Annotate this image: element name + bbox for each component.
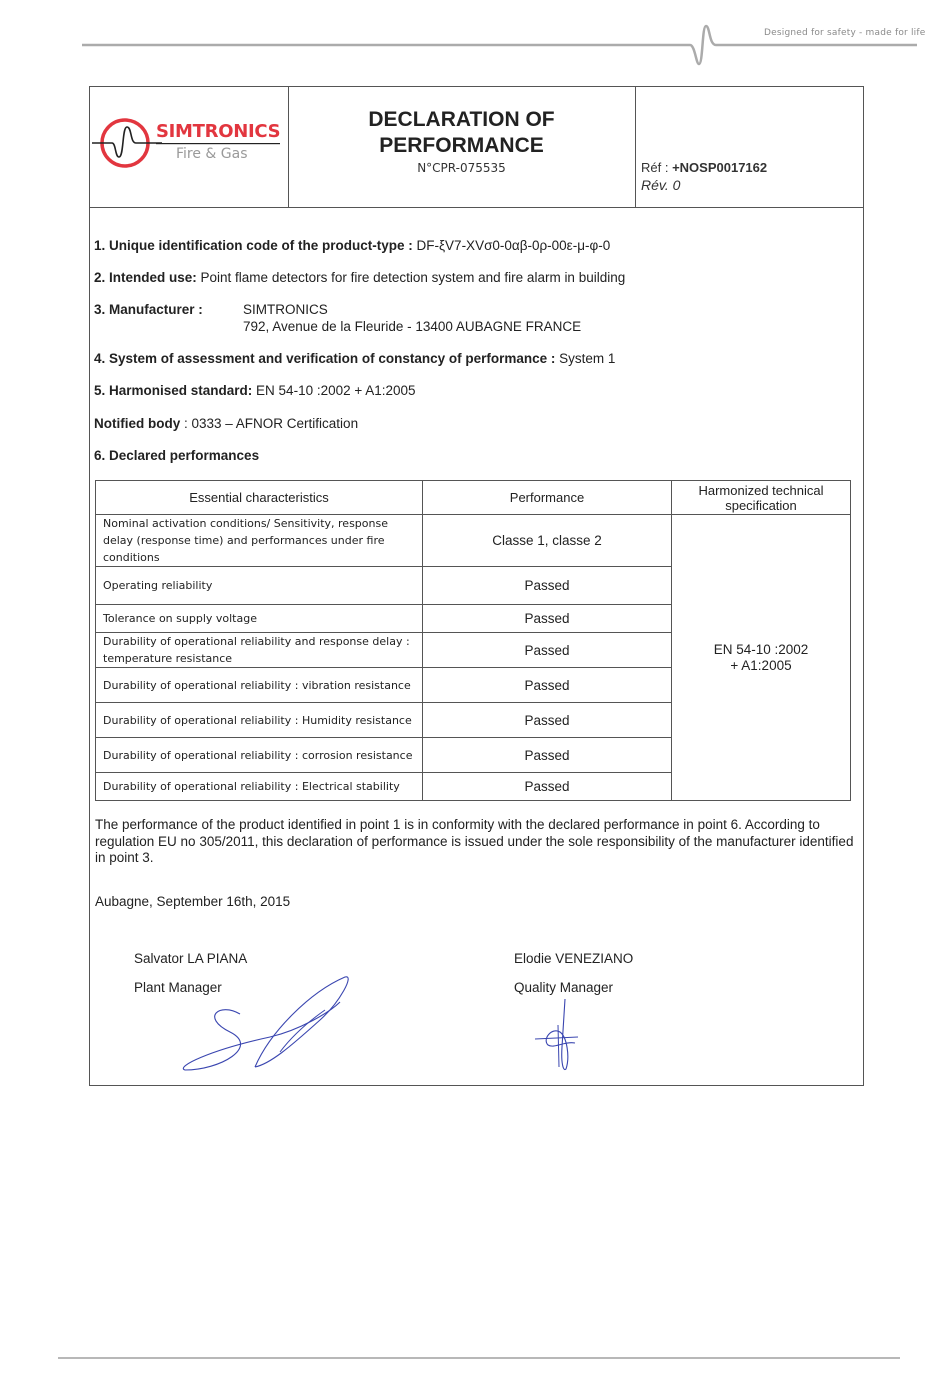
specification-cell: EN 54-10 :2002+ A1:2005 (672, 515, 851, 801)
section-5: 5. Harmonised standard: EN 54-10 :2002 +… (94, 383, 416, 398)
section-4-value: System 1 (559, 351, 615, 366)
ref-label: Réf : (641, 160, 672, 175)
performance-cell: Passed (423, 605, 672, 633)
manufacturer-name: SIMTRONICS (243, 302, 328, 317)
declaration-frame: SIMTRONICS Fire & Gas DECLARATION OF PER… (89, 86, 864, 1086)
circle-waveform-logo-icon (92, 115, 162, 175)
signature-2-icon (530, 997, 590, 1077)
conformity-statement: The performance of the product identifie… (95, 817, 855, 867)
signature-1-icon (180, 972, 355, 1077)
spec-line-2: + A1:2005 (679, 658, 843, 674)
characteristic-cell: Tolerance on supply voltage (96, 605, 423, 633)
logo-divider (156, 143, 280, 145)
performance-cell: Passed (423, 773, 672, 801)
performance-cell: Passed (423, 567, 672, 605)
section-6: 6. Declared performances (94, 448, 259, 463)
table-header-row: Essential characteristics Performance Ha… (96, 481, 851, 515)
manufacturer-address: 792, Avenue de la Fleuride - 13400 AUBAG… (243, 319, 581, 334)
waveform-line-icon (0, 0, 950, 80)
title-cell: DECLARATION OF PERFORMANCE N°CPR-075535 (288, 87, 636, 207)
section-1: 1. Unique identification code of the pro… (94, 238, 610, 253)
title-line-1: DECLARATION OF (288, 107, 635, 133)
footer-rule (58, 1357, 900, 1359)
company-subtitle: Fire & Gas (176, 146, 248, 162)
performance-table: Essential characteristics Performance Ha… (95, 480, 851, 801)
place-date: Aubagne, September 16th, 2015 (95, 894, 290, 909)
performance-cell: Classe 1, classe 2 (423, 515, 672, 567)
characteristic-cell: Durability of operational reliability : … (96, 738, 423, 773)
table-row: Nominal activation conditions/ Sensitivi… (96, 515, 851, 567)
signatory-2-name: Elodie VENEZIANO (514, 951, 633, 966)
revision: Rév. 0 (641, 177, 680, 193)
notified-body-value: : 0333 – AFNOR Certification (184, 416, 358, 431)
document-title: DECLARATION OF PERFORMANCE (288, 107, 635, 159)
spec-line-1: EN 54-10 :2002 (679, 642, 843, 658)
document-number: N°CPR-075535 (288, 161, 635, 175)
ref-value: +NOSP0017162 (672, 160, 767, 175)
section-5-label: 5. Harmonised standard: (94, 383, 256, 398)
performance-cell: Passed (423, 668, 672, 703)
section-2-label: 2. Intended use: (94, 270, 201, 285)
section-2-value: Point flame detectors for fire detection… (201, 270, 626, 285)
notified-body: Notified body : 0333 – AFNOR Certificati… (94, 416, 358, 431)
section-3-label: 3. Manufacturer : (94, 302, 203, 317)
section-3: 3. Manufacturer : (94, 302, 203, 317)
performance-cell: Passed (423, 703, 672, 738)
characteristic-cell: Durability of operational reliability an… (96, 633, 423, 668)
document-header: SIMTRONICS Fire & Gas DECLARATION OF PER… (90, 87, 863, 208)
column-header: Essential characteristics (96, 481, 423, 515)
characteristic-cell: Operating reliability (96, 567, 423, 605)
company-name: SIMTRONICS (156, 121, 280, 142)
characteristic-cell: Durability of operational reliability : … (96, 703, 423, 738)
section-2: 2. Intended use: Point flame detectors f… (94, 270, 625, 285)
signatory-1-name: Salvator LA PIANA (134, 951, 247, 966)
characteristic-cell: Durability of operational reliability : … (96, 773, 423, 801)
column-header: Performance (423, 481, 672, 515)
signatory-2-role: Quality Manager (514, 980, 613, 995)
section-5-value: EN 54-10 :2002 + A1:2005 (256, 383, 416, 398)
section-1-value: DF-ξV7-XVσ0-0αβ-0ρ-00ε-μ-φ-0 (417, 238, 611, 253)
characteristic-cell: Nominal activation conditions/ Sensitivi… (96, 515, 423, 567)
section-1-label: 1. Unique identification code of the pro… (94, 238, 417, 253)
column-header: Harmonized technical specification (672, 481, 851, 515)
performance-cell: Passed (423, 633, 672, 668)
characteristic-cell: Durability of operational reliability : … (96, 668, 423, 703)
tagline: Designed for safety - made for life (764, 28, 926, 38)
performance-cell: Passed (423, 738, 672, 773)
title-line-2: PERFORMANCE (288, 133, 635, 159)
section-4-label: 4. System of assessment and verification… (94, 351, 559, 366)
notified-body-label: Notified body (94, 416, 184, 431)
company-logo-cell: SIMTRONICS Fire & Gas (90, 87, 289, 207)
reference-cell: Réf : +NOSP0017162 Rév. 0 (635, 87, 863, 207)
section-4: 4. System of assessment and verification… (94, 351, 615, 366)
section-6-label: 6. Declared performances (94, 448, 259, 463)
reference-line: Réf : +NOSP0017162 (641, 160, 767, 175)
